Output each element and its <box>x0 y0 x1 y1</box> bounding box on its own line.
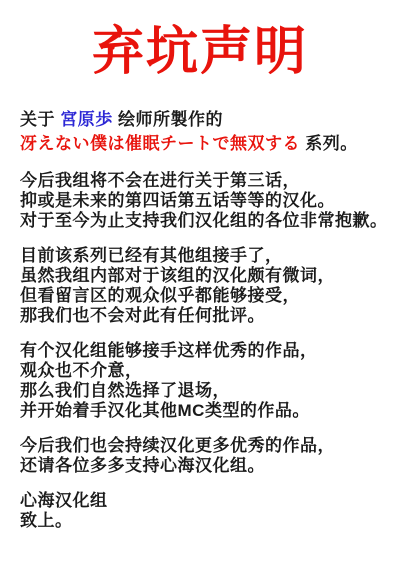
statement-paragraph: 关于 宮原歩 绘师所製作的冴えない僕は催眠チートで無双する 系列。 <box>20 108 390 156</box>
text-segment-text: 系列。 <box>300 134 358 153</box>
statement-line: 那我们也不会对此有任何批评。 <box>20 306 390 326</box>
text-segment-text: 还请各位多多支持心海汉化组。 <box>20 456 265 475</box>
text-segment-text: 今后我组将不会在进行关于第三话， <box>20 171 300 190</box>
text-segment-text: 今后我们也会持续汉化更多优秀的作品， <box>20 436 335 455</box>
text-segment-text: 致上。 <box>20 511 73 530</box>
text-segment-text: 关于 <box>20 110 60 129</box>
text-segment-text: 那么我们自然选择了退场， <box>20 381 230 400</box>
statement-line: 有个汉化组能够接手这样优秀的作品， <box>20 341 390 361</box>
statement-line: 关于 宮原歩 绘师所製作的 <box>20 108 390 132</box>
statement-paragraph: 今后我们也会持续汉化更多优秀的作品，还请各位多多支持心海汉化组。 <box>20 436 390 476</box>
statement-paragraph: 有个汉化组能够接手这样优秀的作品，观众也不介意，那么我们自然选择了退场，并开始着… <box>20 341 390 421</box>
text-segment-text: 对于至今为止支持我们汉化组的各位非常抱歉。 <box>20 211 388 230</box>
statement-line: 对于至今为止支持我们汉化组的各位非常抱歉。 <box>20 211 390 231</box>
text-segment-text: 虽然我组内部对于该组的汉化颇有微词， <box>20 266 335 285</box>
statement-line: 心海汉化组 <box>20 491 390 511</box>
statement-page: 弃坑声明 关于 宮原歩 绘师所製作的冴えない僕は催眠チートで無双する 系列。今后… <box>0 0 400 565</box>
text-segment-text: 并开始着手汉化其他MC类型的作品。 <box>20 401 310 420</box>
text-segment-text: 绘师所製作的 <box>113 110 223 129</box>
statement-line: 观众也不介意， <box>20 361 390 381</box>
text-segment-text: 那我们也不会对此有任何批评。 <box>20 306 265 325</box>
statement-line: 今后我们也会持续汉化更多优秀的作品， <box>20 436 390 456</box>
statement-line: 致上。 <box>20 511 390 531</box>
statement-line: 那么我们自然选择了退场， <box>20 381 390 401</box>
statement-title: 弃坑声明 <box>0 0 400 80</box>
statement-paragraph: 今后我组将不会在进行关于第三话，抑或是未来的第四话第五话等等的汉化。对于至今为止… <box>20 171 390 231</box>
statement-line: 还请各位多多支持心海汉化组。 <box>20 456 390 476</box>
statement-line: 抑或是未来的第四话第五话等等的汉化。 <box>20 191 390 211</box>
statement-line: 今后我组将不会在进行关于第三话， <box>20 171 390 191</box>
text-segment-text: 观众也不介意， <box>20 361 143 380</box>
text-segment-text: 心海汉化组 <box>20 491 108 510</box>
text-segment-text: 有个汉化组能够接手这样优秀的作品， <box>20 341 318 360</box>
statement-line: 冴えない僕は催眠チートで無双する 系列。 <box>20 132 390 156</box>
statement-body: 关于 宮原歩 绘师所製作的冴えない僕は催眠チートで無双する 系列。今后我组将不会… <box>0 80 400 531</box>
statement-paragraph: 目前该系列已经有其他组接手了，虽然我组内部对于该组的汉化颇有微词，但看留言区的观… <box>20 246 390 326</box>
text-segment-text: 目前该系列已经有其他组接手了， <box>20 246 283 265</box>
text-segment-text: 抑或是未来的第四话第五话等等的汉化。 <box>20 191 335 210</box>
statement-line: 并开始着手汉化其他MC类型的作品。 <box>20 401 390 421</box>
statement-line: 目前该系列已经有其他组接手了， <box>20 246 390 266</box>
statement-paragraph: 心海汉化组致上。 <box>20 491 390 531</box>
statement-line: 但看留言区的观众似乎都能够接受， <box>20 286 390 306</box>
text-segment-text: 但看留言区的观众似乎都能够接受， <box>20 286 300 305</box>
text-segment-blue: 宮原歩 <box>60 110 113 129</box>
statement-line: 虽然我组内部对于该组的汉化颇有微词， <box>20 266 390 286</box>
text-segment-red: 冴えない僕は催眠チートで無双する <box>20 134 300 153</box>
